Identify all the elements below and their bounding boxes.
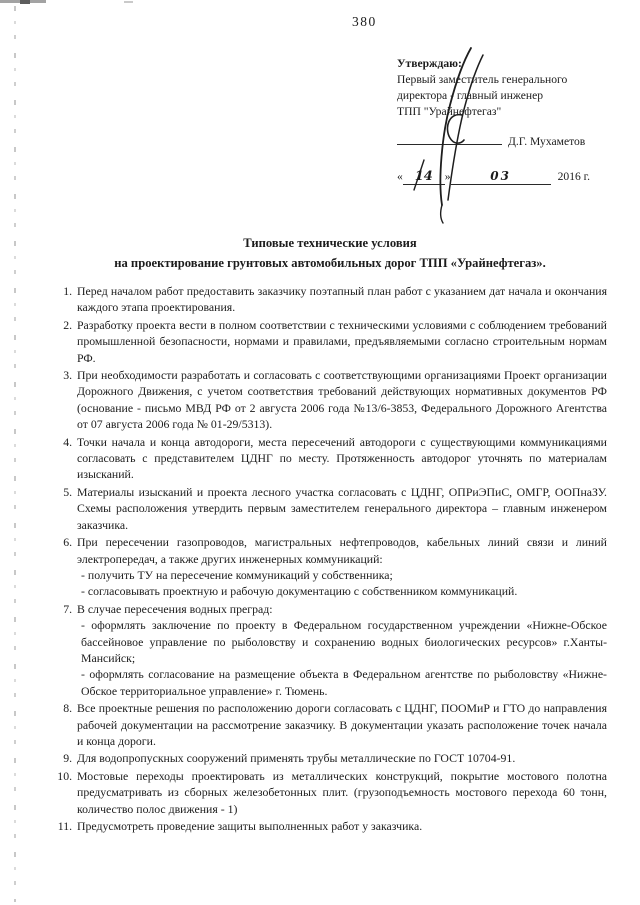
condition-item-1: Перед началом работ предоставить заказчи… <box>75 283 607 316</box>
condition-item-6-subline-1: - получить ТУ на пересечение коммуникаци… <box>81 567 607 583</box>
condition-item-11: Предусмотреть проведение защиты выполнен… <box>75 818 607 834</box>
condition-item-2: Разработку проекта вести в полном соотве… <box>75 317 607 366</box>
approval-position-line2: директора - главный инженер <box>397 88 623 104</box>
signature-blank-line <box>397 132 502 145</box>
condition-item-7-subline-1: - оформлять заключение по проекту в Феде… <box>81 617 607 666</box>
document-title-line1: Типовые технические условия <box>55 234 605 254</box>
handwritten-day: 14 <box>403 169 445 185</box>
approval-company: ТПП "Урайнефтегаз" <box>397 104 623 120</box>
condition-item-5: Материалы изысканий и проекта лесного уч… <box>75 484 607 533</box>
scan-artifact-top-smudge-dark <box>20 0 30 4</box>
approval-block: Утверждаю: Первый заместитель генерально… <box>397 56 623 185</box>
condition-item-6: При пересечении газопроводов, магистраль… <box>75 534 607 600</box>
condition-item-4: Точки начала и конца автодороги, места п… <box>75 434 607 483</box>
document-title: Типовые технические условия на проектиро… <box>55 234 605 273</box>
signature-row: Д.Г. Мухаметов <box>397 132 623 150</box>
date-row: «14»032016 г. <box>397 169 623 185</box>
condition-item-3: При необходимости разработать и согласов… <box>75 367 607 433</box>
condition-item-10: Мостовые переходы проектировать из метал… <box>75 768 607 817</box>
approval-position-line1: Первый заместитель генерального <box>397 72 623 88</box>
conditions-list: Перед началом работ предоставить заказчи… <box>0 283 640 835</box>
scan-artifact-top-dot <box>124 1 133 3</box>
condition-item-7: В случае пересечения водных преград: - о… <box>75 601 607 699</box>
handwritten-month: 03 <box>451 169 551 185</box>
condition-item-9: Для водопропускных сооружений применять … <box>75 750 607 766</box>
condition-item-8: Все проектные решения по расположению до… <box>75 700 607 749</box>
approval-label: Утверждаю: <box>397 56 623 72</box>
date-year: 2016 г. <box>558 170 590 183</box>
document-title-line2: на проектирование грунтовых автомобильны… <box>55 254 605 274</box>
condition-item-6-subline-2: - согласовывать проектную и рабочую доку… <box>81 583 607 599</box>
page-number: 380 <box>352 14 377 30</box>
condition-item-7-subline-2: - оформлять согласование на размещение о… <box>81 666 607 699</box>
signatory-name: Д.Г. Мухаметов <box>508 135 585 148</box>
